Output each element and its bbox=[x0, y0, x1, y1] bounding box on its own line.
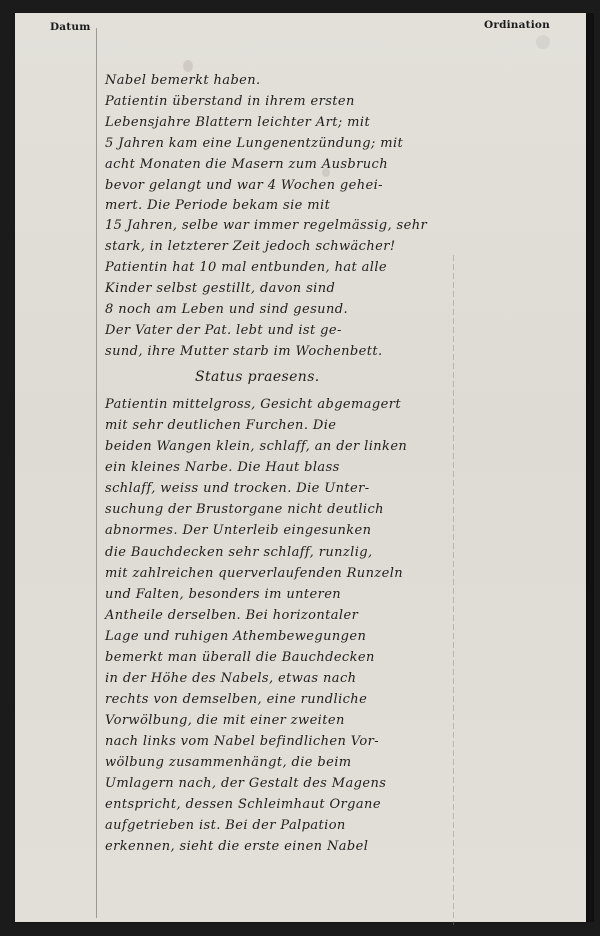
handwritten-line: Patientin hat 10 mal entbunden, hat alle bbox=[105, 260, 387, 275]
handwritten-line: Vorwölbung, die mit einer zweiten bbox=[105, 713, 345, 728]
handwritten-line: und Falten, besonders im unteren bbox=[105, 587, 341, 602]
handwritten-line: Patientin mittelgross, Gesicht abgemager… bbox=[105, 397, 401, 412]
handwritten-line: Umlagern nach, der Gestalt des Magens bbox=[105, 776, 386, 791]
handwritten-line: abnormes. Der Unterleib eingesunken bbox=[105, 523, 371, 538]
handwritten-line: entspricht, dessen Schleimhaut Organe bbox=[105, 797, 381, 812]
handwritten-line: Antheile derselben. Bei horizontaler bbox=[105, 608, 358, 623]
handwritten-line: bevor gelangt und war 4 Wochen gehei- bbox=[105, 178, 383, 193]
handwritten-line: schlaff, weiss und trocken. Die Unter- bbox=[105, 481, 370, 496]
handwritten-line: mit zahlreichen querverlaufenden Runzeln bbox=[105, 566, 403, 581]
handwritten-line: mert. Die Periode bekam sie mit bbox=[105, 198, 330, 213]
handwritten-line: ein kleines Narbe. Die Haut blass bbox=[105, 460, 340, 475]
handwritten-line: in der Höhe des Nabels, etwas nach bbox=[105, 671, 356, 686]
handwritten-line: beiden Wangen klein, schlaff, an der lin… bbox=[105, 439, 407, 454]
handwritten-line: Der Vater der Pat. lebt und ist ge- bbox=[105, 323, 342, 338]
handwritten-line: erkennen, sieht die erste einen Nabel bbox=[105, 839, 368, 854]
handwritten-text-block: Nabel bemerkt haben.Patientin überstand … bbox=[15, 13, 586, 922]
handwritten-line: aufgetrieben ist. Bei der Palpation bbox=[105, 818, 346, 833]
handwritten-line: Lebensjahre Blattern leichter Art; mit bbox=[105, 115, 370, 130]
handwritten-line: 8 noch am Leben und sind gesund. bbox=[105, 302, 348, 317]
handwritten-line: acht Monaten die Masern zum Ausbruch bbox=[105, 157, 388, 172]
section-heading: Status praesens. bbox=[195, 369, 320, 385]
handwritten-line: Patientin überstand in ihrem ersten bbox=[105, 94, 355, 109]
handwritten-line: Lage und ruhigen Athembewegungen bbox=[105, 629, 366, 644]
handwritten-line: Nabel bemerkt haben. bbox=[105, 73, 261, 88]
handwritten-line: die Bauchdecken sehr schlaff, runzlig, bbox=[105, 545, 373, 560]
handwritten-line: Kinder selbst gestillt, davon sind bbox=[105, 281, 335, 296]
handwritten-line: wölbung zusammenhängt, die beim bbox=[105, 755, 352, 770]
handwritten-line: sund, ihre Mutter starb im Wochenbett. bbox=[105, 344, 383, 359]
handwritten-line: mit sehr deutlichen Furchen. Die bbox=[105, 418, 336, 433]
handwritten-line: 15 Jahren, selbe war immer regelmässig, … bbox=[105, 218, 427, 233]
handwritten-line: nach links vom Nabel befindlichen Vor- bbox=[105, 734, 379, 749]
photo-border-right bbox=[586, 13, 594, 922]
record-sheet: Datum Ordination Nabel bemerkt haben.Pat… bbox=[15, 13, 586, 922]
handwritten-line: suchung der Brustorgane nicht deutlich bbox=[105, 502, 384, 517]
handwritten-line: stark, in letzterer Zeit jedoch schwäche… bbox=[105, 239, 395, 254]
handwritten-line: bemerkt man überall die Bauchdecken bbox=[105, 650, 375, 665]
handwritten-line: 5 Jahren kam eine Lungenentzündung; mit bbox=[105, 136, 403, 151]
handwritten-line: rechts von demselben, eine rundliche bbox=[105, 692, 367, 707]
